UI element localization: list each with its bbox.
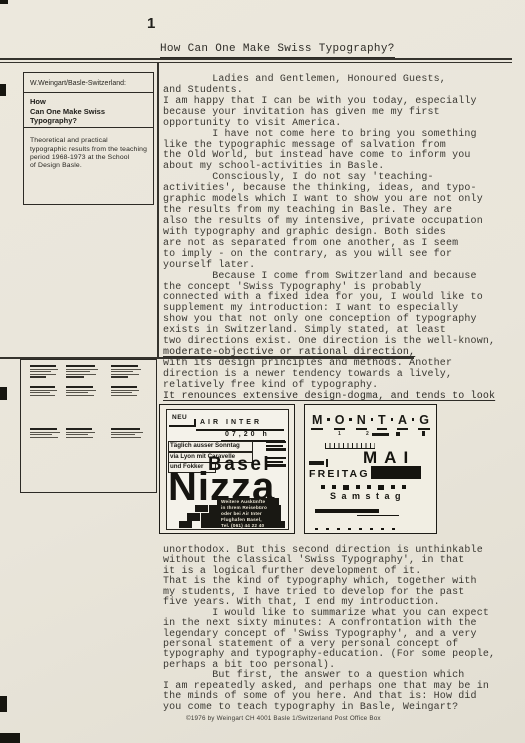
document-page: 1 How Can One Make Swiss Typography? W.W… [0, 0, 525, 743]
calendar-month: MAI [363, 449, 415, 466]
lecture-text-part1: Ladies and Gentlemen, Honoured Guests,an… [163, 75, 515, 403]
flight-ad: NEU AIR INTER 07,20 h Täglich ausser Son… [166, 409, 289, 530]
ad-black-step [195, 505, 208, 512]
calendar-number: 1 [338, 431, 341, 437]
flight-ad-panel: NEU AIR INTER 07,20 h Täglich ausser Son… [159, 404, 295, 534]
calendar-dash-mark [372, 433, 389, 436]
thumbnail-text-block [66, 365, 99, 380]
registration-mark [0, 733, 20, 743]
thumbnail-text-block [30, 365, 59, 380]
info-box-title-line1: How [30, 97, 147, 106]
thumbnail-text-block [111, 428, 144, 439]
ad-stair-line [194, 419, 196, 427]
thumbnail-text-block [111, 386, 140, 397]
ad-neu-label: NEU [172, 414, 187, 421]
column-divider-rule [157, 62, 159, 357]
calendar-square-mark [396, 432, 400, 436]
calendar-square-mark [422, 431, 425, 436]
registration-mark [0, 84, 6, 96]
registration-mark [0, 387, 7, 400]
ad-schedule-line: Täglich ausser Sonntag [168, 441, 253, 452]
calendar-ad-panel: MONTAG 1 2 MAI FREITAG Samstag [304, 404, 437, 534]
header-rule [0, 58, 512, 60]
lecture-text-part2: unorthodox. But this second direction is… [163, 546, 515, 713]
info-box-description: Theoretical and practicaltypographic res… [30, 137, 147, 171]
calendar-black-rectangle [371, 466, 421, 479]
calendar-weekday: MONTAG [311, 413, 430, 430]
calendar-tick-mark [326, 459, 328, 467]
registration-mark [0, 696, 7, 712]
ad-airline-name: AIR INTER [200, 419, 262, 426]
registration-mark [0, 0, 8, 4]
miniature-layout-preview [20, 359, 157, 493]
thumbnail-text-block [66, 428, 96, 439]
thumbnail-text-block [30, 428, 61, 439]
header-rule-secondary [0, 62, 512, 64]
calendar-thick-bar [315, 509, 379, 513]
ad-black-step [187, 513, 200, 521]
page-number: 1 [147, 15, 155, 32]
calendar-saturday: Samstag [330, 491, 406, 501]
info-box: W.Weingart/Basle-Switzerland: How Can On… [23, 72, 154, 205]
calendar-thin-rule [357, 515, 399, 516]
thumbnail-text-block [66, 386, 97, 397]
copyright-footer: ©1976 by Weingart CH 4001 Basle 1/Switze… [186, 715, 381, 722]
calendar-friday: FREITAG [309, 468, 370, 480]
calendar-bar-mark [309, 461, 324, 465]
thumbnail-text-block [30, 386, 58, 397]
calendar-number: 2 [366, 431, 369, 437]
thumbnail-text-block [111, 365, 142, 380]
info-box-rule [24, 92, 153, 93]
ad-black-step [179, 521, 192, 528]
calendar-dot-row [315, 517, 419, 535]
author-byline: W.Weingart/Basle-Switzerland: [30, 80, 147, 87]
page-title: How Can One Make Swiss Typography? [160, 43, 395, 58]
ad-departure-time: 07,20 h [225, 431, 270, 438]
info-box-title-line2: Can One Make Swiss Typography? [24, 107, 153, 128]
ad-timetable-block [266, 441, 286, 452]
ad-stair-line [169, 425, 196, 427]
ad-contact-info: Weitere Auskünftein Ihrem Reisebürooder … [221, 499, 283, 529]
